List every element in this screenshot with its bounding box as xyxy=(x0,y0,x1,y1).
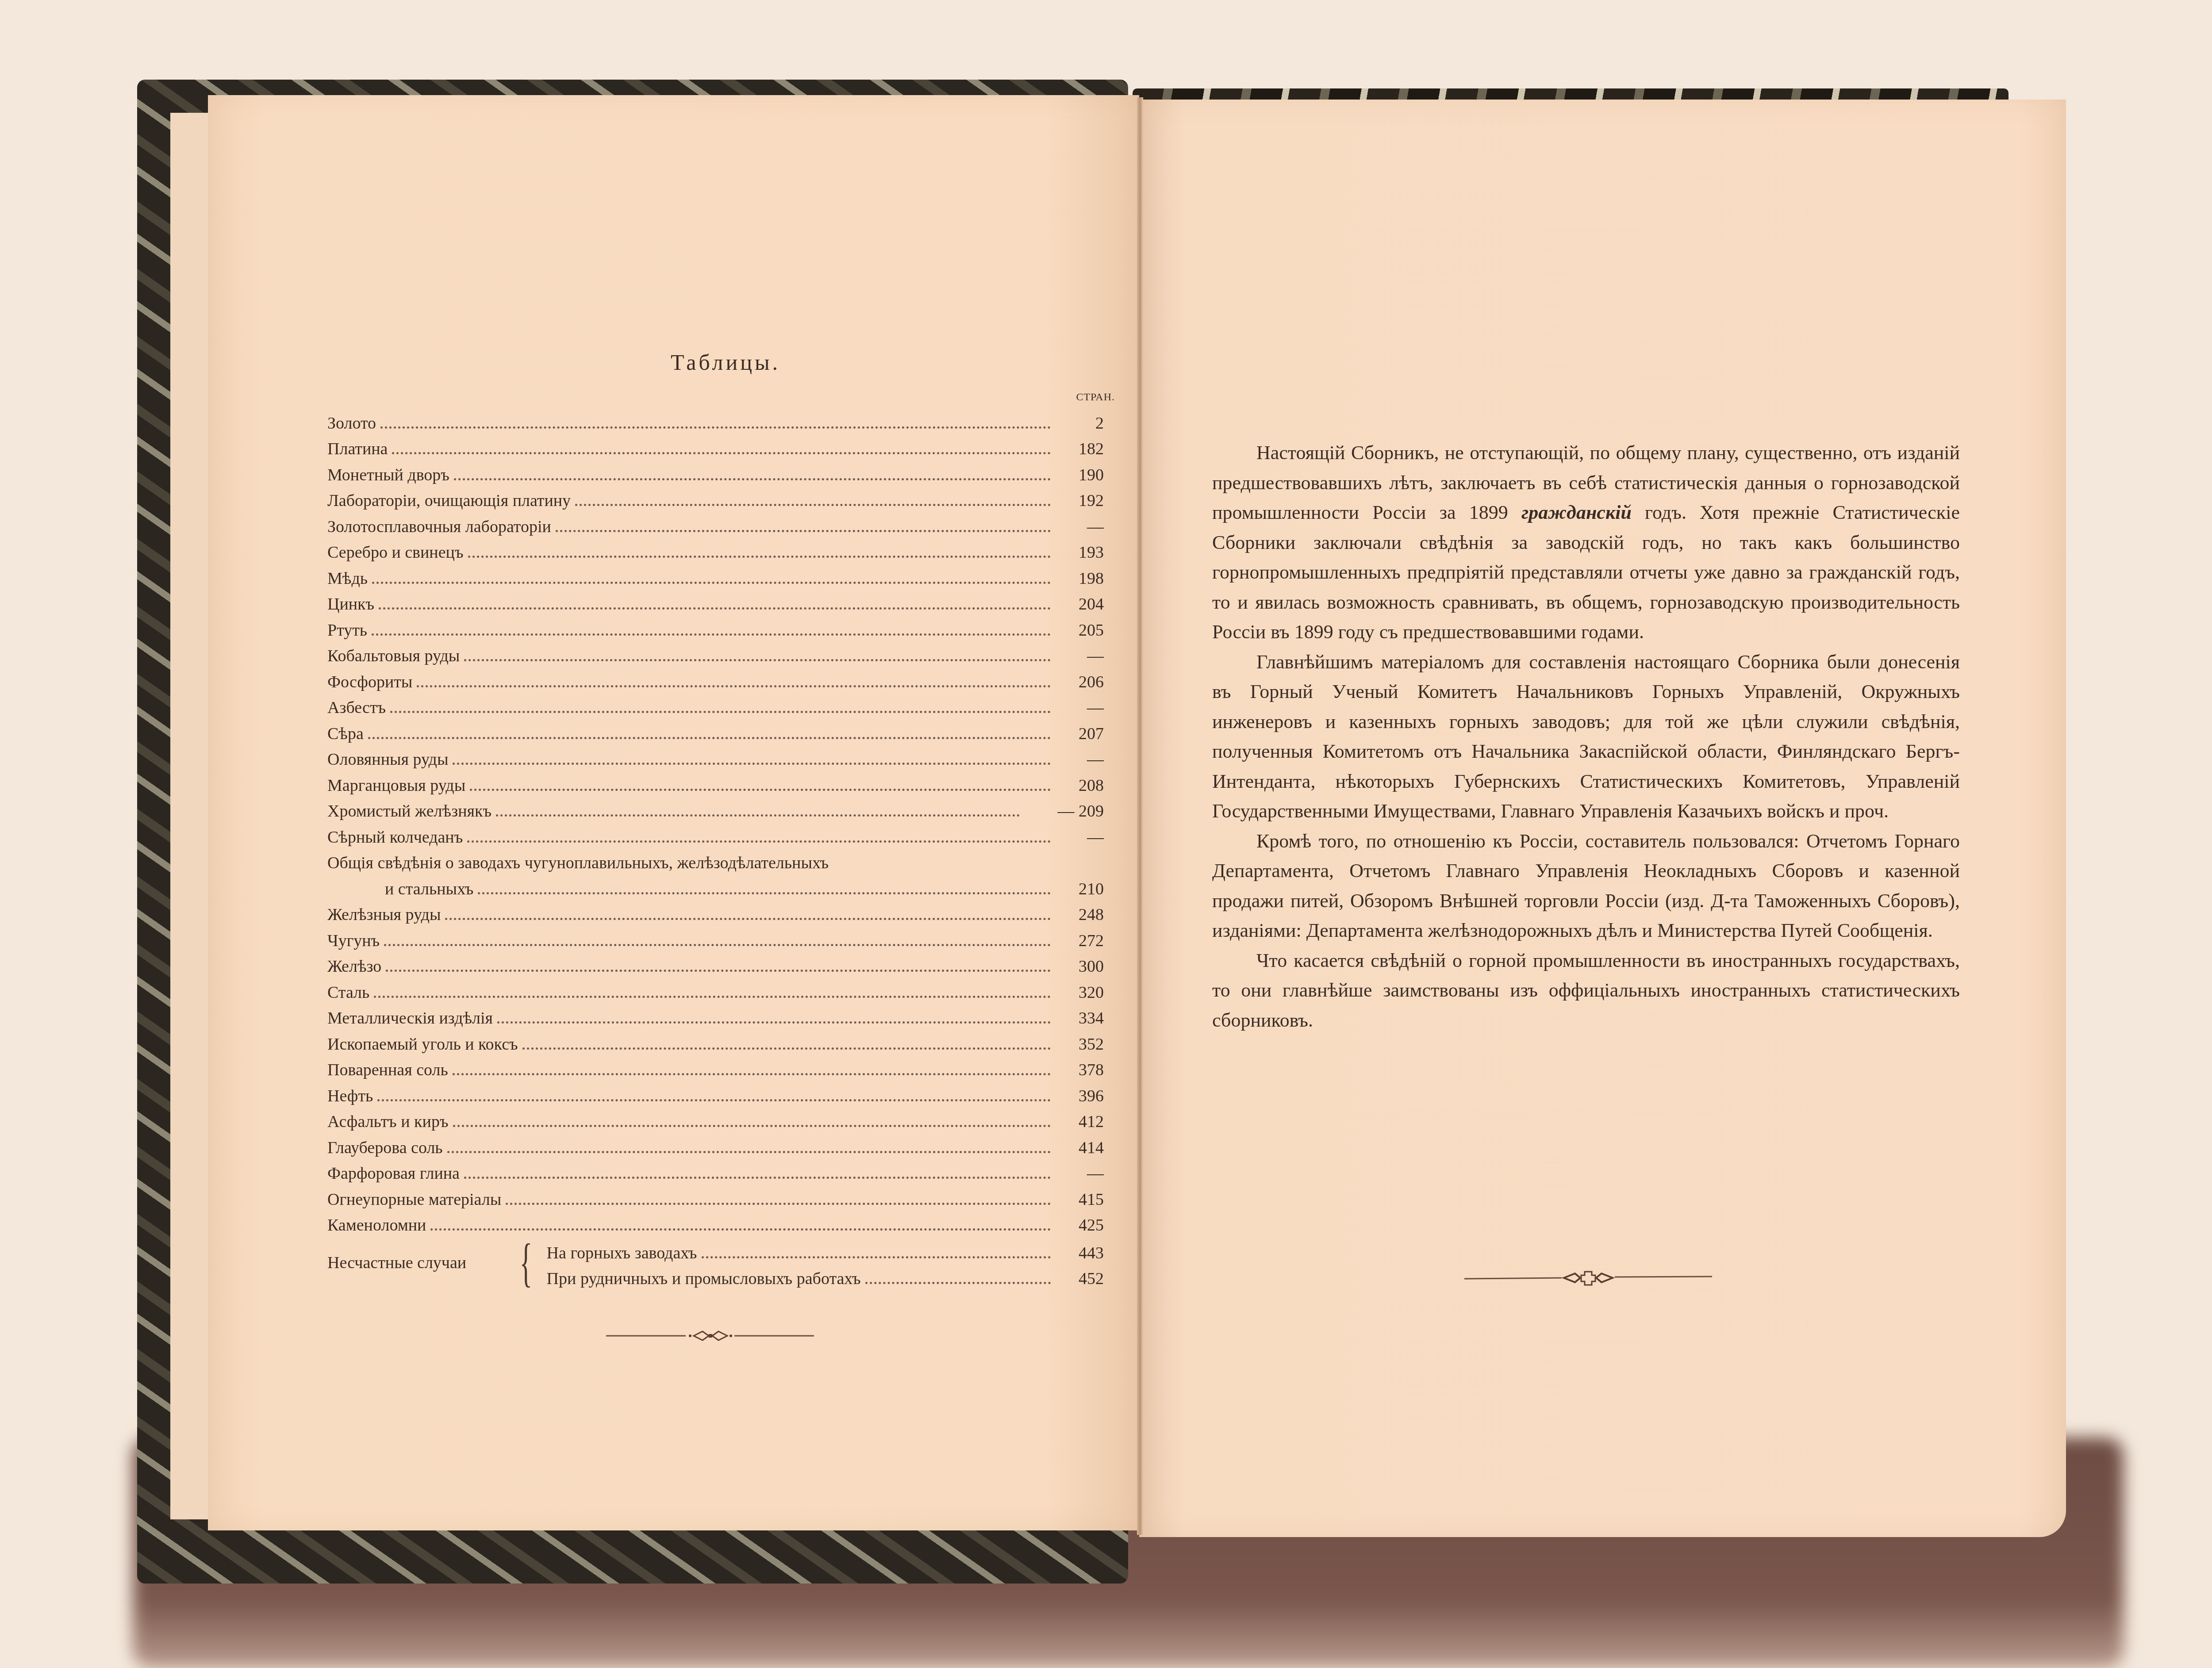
toc-entry-label: Хромистый желѣзнякъ xyxy=(327,801,496,821)
toc-entry-page: 204 xyxy=(1064,594,1104,614)
toc-entry: Монетный дворъ190 xyxy=(327,459,1104,485)
paragraph-4: Что касается свѣдѣній о горной промышлен… xyxy=(1212,946,1960,1035)
toc-entry-page: 192 xyxy=(1064,491,1104,510)
toc-entry-page: 198 xyxy=(1064,569,1104,588)
dot-leader xyxy=(384,944,1051,946)
toc-list: Золото2 Платина182 Монетный дворъ190 Лаб… xyxy=(327,407,1104,1290)
dot-leader xyxy=(454,478,1051,480)
dot-leader xyxy=(478,892,1051,894)
dot-leader xyxy=(372,633,1051,636)
paragraph-3: Кромѣ того, по отношенію къ Россіи, сост… xyxy=(1212,826,1960,946)
toc-entry: и стальныхъ210 xyxy=(327,873,1104,899)
curly-brace-icon: { xyxy=(519,1236,532,1289)
toc-entry: Огнеупорные матеріалы415 xyxy=(327,1183,1104,1209)
toc-entry-page: 207 xyxy=(1064,724,1104,744)
dot-leader xyxy=(453,763,1051,765)
toc-group-items: На горныхъ заводахъ443 При рудничныхъ и … xyxy=(547,1237,1104,1288)
toc-entry: Цинкъ204 xyxy=(327,588,1104,614)
ornament-rule-icon xyxy=(606,1327,814,1345)
toc-entry-page: 300 xyxy=(1064,957,1104,976)
dot-leader xyxy=(386,970,1051,972)
toc-entry-page: 396 xyxy=(1064,1086,1104,1106)
toc-entry: Мѣдь198 xyxy=(327,562,1104,588)
toc-entry-label: Общія свѣдѣнія о заводахъ чугуноплавильн… xyxy=(327,853,833,873)
toc-entry-label: Золотосплавочныя лабораторіи xyxy=(327,517,556,537)
toc-entry: Золотосплавочныя лабораторіи— xyxy=(327,510,1104,537)
toc-entry-page: — xyxy=(1064,828,1104,847)
dot-leader xyxy=(453,1125,1051,1127)
toc-entry-label: Сталь xyxy=(327,983,374,1002)
toc-entry-page: 190 xyxy=(1064,465,1104,485)
toc-entry-page: 452 xyxy=(1064,1269,1104,1288)
toc-page-column-header: СТРАН. xyxy=(1053,391,1115,403)
toc-entry-page: 412 xyxy=(1064,1112,1104,1131)
toc-entry-page: — xyxy=(1064,646,1104,666)
toc-entry-page: — xyxy=(1064,1164,1104,1183)
dot-leader xyxy=(377,1099,1051,1101)
dot-leader xyxy=(447,1151,1051,1153)
dot-leader xyxy=(556,530,1051,532)
toc-entry: Каменоломни425 xyxy=(327,1209,1104,1235)
toc-entry-page: — 209 xyxy=(1033,801,1104,821)
toc-entry: Хромистый желѣзнякъ— 209 xyxy=(327,795,1104,821)
toc-entry-page: — xyxy=(1064,750,1104,769)
toc-entry: Сѣра207 xyxy=(327,717,1104,744)
toc-entry: Азбестъ— xyxy=(327,692,1104,718)
toc-entry: Общія свѣдѣнія о заводахъ чугуноплавильн… xyxy=(327,847,1104,873)
dot-leader xyxy=(368,737,1051,739)
toc-entry-label: Кобальтовыя руды xyxy=(327,646,464,666)
toc-entry: Фарфоровая глина— xyxy=(327,1158,1104,1184)
toc-entry-page: 378 xyxy=(1064,1060,1104,1080)
toc-entry-label: Фарфоровая глина xyxy=(327,1164,464,1183)
toc-entry-label: Каменоломни xyxy=(327,1216,430,1235)
toc-entry-label: Платина xyxy=(327,439,392,459)
toc-entry: Платина182 xyxy=(327,433,1104,459)
toc-entry: Глауберова соль414 xyxy=(327,1131,1104,1158)
dot-leader xyxy=(372,582,1051,584)
dot-leader xyxy=(445,918,1051,920)
toc-entry-label: Сѣрный колчеданъ xyxy=(327,828,467,847)
toc-entry-label: Желѣзныя руды xyxy=(327,905,445,924)
toc-entry-label: Марганцовыя руды xyxy=(327,776,470,795)
dot-leader xyxy=(464,659,1051,661)
emphasized-word: гражданскій xyxy=(1521,502,1632,523)
toc-entry-page: 443 xyxy=(1064,1243,1104,1263)
toc-entry-page: 206 xyxy=(1064,672,1104,692)
dot-leader xyxy=(467,840,1051,843)
toc-group-label: Несчастные случаи xyxy=(327,1253,513,1273)
toc-entry: Сѣрный колчеданъ— xyxy=(327,821,1104,847)
toc-entry-page: 415 xyxy=(1064,1190,1104,1209)
toc-entry-label: Желѣзо xyxy=(327,957,386,976)
toc-entry-label: Ископаемый уголь и коксъ xyxy=(327,1035,522,1054)
toc-entry: Желѣзо300 xyxy=(327,951,1104,977)
toc-entry: Поваренная соль378 xyxy=(327,1054,1104,1080)
toc-entry-page: 210 xyxy=(1064,879,1104,899)
toc-entry-label: Металлическія издѣлія xyxy=(327,1008,497,1028)
toc-entry-page: 205 xyxy=(1064,621,1104,640)
toc-entry-label: Азбестъ xyxy=(327,698,390,717)
toc-title: Таблицы. xyxy=(593,349,858,375)
toc-entry: Марганцовыя руды208 xyxy=(327,769,1104,795)
toc-entry: Желѣзныя руды248 xyxy=(327,899,1104,925)
toc-entry: Оловянныя руды— xyxy=(327,744,1104,770)
toc-entry-page: 352 xyxy=(1064,1035,1104,1054)
dot-leader xyxy=(392,452,1051,454)
toc-entry: На горныхъ заводахъ443 xyxy=(547,1237,1104,1263)
toc-entry-label: На горныхъ заводахъ xyxy=(547,1243,702,1263)
toc-entry-page: — xyxy=(1064,517,1104,537)
toc-entry-label: и стальныхъ xyxy=(327,879,478,899)
paragraph-2: Главнѣйшимъ матеріаломъ для составленія … xyxy=(1212,647,1960,826)
toc-entry-page: 2 xyxy=(1064,414,1104,433)
toc-entry-page: 272 xyxy=(1064,931,1104,951)
ornament-glyph-icon xyxy=(1464,1267,1712,1289)
dot-leader xyxy=(380,426,1051,429)
toc-entry: При рудничныхъ и промысловыхъ работахъ45… xyxy=(547,1263,1104,1288)
dot-leader xyxy=(865,1282,1051,1284)
toc-entry-label: Мѣдь xyxy=(327,569,372,588)
toc-entry-label: При рудничныхъ и промысловыхъ работахъ xyxy=(547,1269,865,1288)
dot-leader xyxy=(430,1228,1051,1231)
toc-group-accidents: Несчастные случаи { На горныхъ заводахъ4… xyxy=(327,1235,1104,1290)
toc-entry-label: Асфальтъ и киръ xyxy=(327,1112,453,1131)
dot-leader xyxy=(506,1203,1051,1205)
toc-entry: Чугунъ272 xyxy=(327,924,1104,951)
preface-text: Настоящій Сборникъ, не отступающій, по о… xyxy=(1212,438,1960,1035)
book-gutter xyxy=(1137,97,1143,1535)
dot-leader xyxy=(468,556,1051,558)
toc-entry-page: 248 xyxy=(1064,905,1104,924)
toc-entry: Серебро и свинецъ193 xyxy=(327,537,1104,563)
toc-entry-label: Лабораторіи, очищающія платину xyxy=(327,491,575,510)
ornament-rule-icon xyxy=(1464,1267,1712,1289)
toc-entry: Ископаемый уголь и коксъ352 xyxy=(327,1028,1104,1054)
dot-leader xyxy=(702,1256,1051,1258)
toc-entry: Золото2 xyxy=(327,407,1104,433)
dot-leader xyxy=(453,1073,1051,1075)
dot-leader xyxy=(522,1047,1051,1050)
toc-entry: Асфальтъ и киръ412 xyxy=(327,1106,1104,1132)
dot-leader xyxy=(417,685,1051,687)
toc-entry-page: 193 xyxy=(1064,543,1104,562)
dot-leader xyxy=(390,711,1051,713)
paragraph-1: Настоящій Сборникъ, не отступающій, по о… xyxy=(1212,438,1960,647)
dot-leader xyxy=(464,1177,1051,1179)
toc-entry-page: 414 xyxy=(1064,1138,1104,1158)
toc-entry: Сталь320 xyxy=(327,976,1104,1002)
toc-entry-page: — xyxy=(1064,698,1104,717)
toc-entry-page: 182 xyxy=(1064,439,1104,459)
toc-entry: Ртуть205 xyxy=(327,614,1104,640)
toc-entry: Лабораторіи, очищающія платину192 xyxy=(327,485,1104,511)
toc-entry: Нефть396 xyxy=(327,1080,1104,1106)
dot-leader xyxy=(575,504,1051,506)
dot-leader xyxy=(374,996,1051,998)
toc-entry: Кобальтовыя руды— xyxy=(327,640,1104,666)
toc-entry-page: 334 xyxy=(1064,1008,1104,1028)
toc-entry-label: Серебро и свинецъ xyxy=(327,543,468,562)
toc-entry-label: Монетный дворъ xyxy=(327,465,454,485)
toc-entry-label: Чугунъ xyxy=(327,931,384,951)
toc-entry-label: Цинкъ xyxy=(327,594,379,614)
toc-entry-label: Поваренная соль xyxy=(327,1060,453,1080)
toc-entry-label: Золото xyxy=(327,414,380,433)
ornament-glyph-icon xyxy=(606,1327,814,1345)
toc-entry-label: Оловянныя руды xyxy=(327,750,453,769)
toc-entry-page: 320 xyxy=(1064,983,1104,1002)
toc-entry-label: Сѣра xyxy=(327,724,368,744)
toc-entry-label: Глауберова соль xyxy=(327,1138,447,1158)
toc-entry-label: Огнеупорные матеріалы xyxy=(327,1190,506,1209)
toc-entry-page: 425 xyxy=(1064,1216,1104,1235)
toc-entry-page: 208 xyxy=(1064,776,1104,795)
toc-entry: Фосфориты206 xyxy=(327,666,1104,692)
toc-entry-label: Нефть xyxy=(327,1086,377,1106)
dot-leader xyxy=(496,814,1020,817)
toc-entry-label: Ртуть xyxy=(327,621,372,640)
dot-leader xyxy=(470,789,1051,791)
toc-entry-label: Фосфориты xyxy=(327,672,417,692)
toc-entry: Металлическія издѣлія334 xyxy=(327,1002,1104,1028)
dot-leader xyxy=(379,607,1051,610)
dot-leader xyxy=(497,1021,1051,1024)
